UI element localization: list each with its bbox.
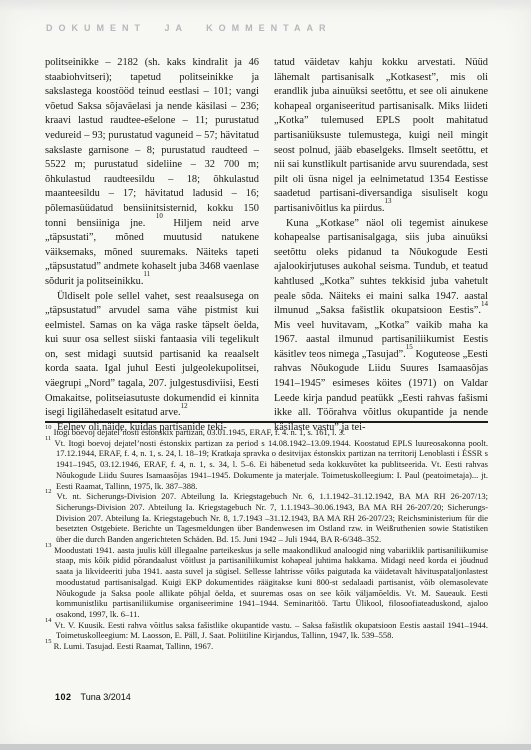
footnote: 11 Vt. Itogi boevoj dejatel’nosti éstons… xyxy=(45,438,488,492)
footnote-number: 13 xyxy=(45,542,52,549)
page-footer: 102 Tuna 3/2014 xyxy=(55,692,131,702)
footnote-number: 12 xyxy=(45,488,52,495)
page-number: 102 xyxy=(55,692,72,702)
scan-edge-top xyxy=(0,0,531,12)
footnote: 13 Moodustati 1941. aasta juulis küll il… xyxy=(45,545,488,620)
paragraph: tatud väidetav kahju kokku arvestati. Nü… xyxy=(274,56,488,217)
journal-issue: Tuna 3/2014 xyxy=(81,692,131,702)
footnote-ref: 10 xyxy=(156,212,163,220)
paragraph: Kuna „Kotkase” näol oli tegemist ainukes… xyxy=(274,217,488,436)
footnote-ref: 13 xyxy=(385,197,392,205)
footnote-ref: 12 xyxy=(181,402,188,410)
footnote-number: 15 xyxy=(45,638,52,645)
footnote-ref: 11 xyxy=(143,270,150,278)
footnote: 14 Vt. V. Kuusik. Eesti rahva võitlus sa… xyxy=(45,620,488,641)
footnote: 15 R. Lumi. Tasujad. Eesti Raamat, Talli… xyxy=(45,641,488,652)
footnote-number: 14 xyxy=(45,617,52,624)
footnotes: 10 Itogi boevoj dejatel’nosti éstonskix … xyxy=(45,427,488,652)
paragraph: politseinikke – 2182 (sh. kaks kindralit… xyxy=(45,56,259,290)
text-column-left: politseinikke – 2182 (sh. kaks kindralit… xyxy=(45,56,259,435)
running-head: DOKUMENT JA KOMMENTAAR xyxy=(46,23,332,33)
footnote-divider xyxy=(45,421,488,423)
paragraph: Üldiselt pole sellel vahet, sest reaalsu… xyxy=(45,290,259,421)
article-body: politseinikke – 2182 (sh. kaks kindralit… xyxy=(45,56,488,435)
journal-page: DOKUMENT JA KOMMENTAAR politseinikke – 2… xyxy=(0,0,531,750)
footnote: 10 Itogi boevoj dejatel’nosti éstonskix … xyxy=(45,427,488,438)
footnote: 12 Vt. nt. Sicherungs-Division 207. Abte… xyxy=(45,491,488,545)
footnote-number: 11 xyxy=(45,435,51,442)
footnote-ref: 15 xyxy=(406,343,413,351)
footnote-ref: 14 xyxy=(481,300,488,308)
footnote-number: 10 xyxy=(45,424,52,431)
scan-edge-bottom xyxy=(0,744,531,750)
text-column-right: tatud väidetav kahju kokku arvestati. Nü… xyxy=(274,56,488,435)
